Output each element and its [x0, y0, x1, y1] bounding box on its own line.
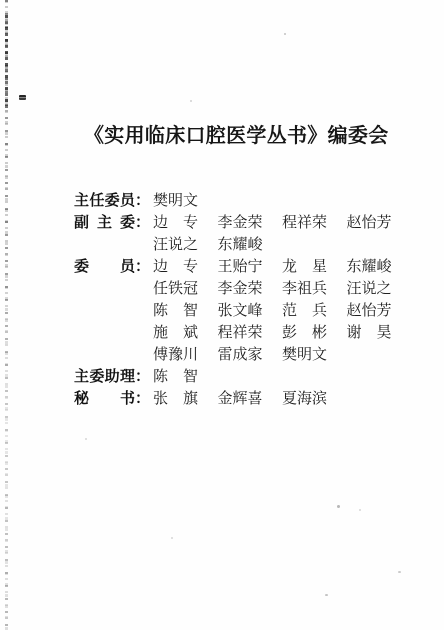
scan-speck	[85, 438, 87, 440]
member-name: 边专	[153, 211, 198, 232]
row-colon: ：	[135, 387, 153, 408]
committee-row: 主任委员：樊明文	[74, 188, 411, 210]
member-name: 傅豫川	[153, 343, 198, 364]
member-name: 陈智	[153, 299, 198, 320]
scan-speck	[337, 505, 340, 508]
row-colon: ：	[135, 255, 153, 276]
row-label: 主任委员：	[74, 189, 153, 210]
row-colon: ：	[135, 365, 153, 386]
member-name: 彭彬	[282, 321, 327, 342]
member-name: 任铁冠	[153, 277, 198, 298]
committee-row: 傅豫川雷成家樊明文	[74, 342, 411, 364]
member-name: 李金荣	[218, 211, 263, 232]
member-name: 施斌	[153, 321, 198, 342]
committee-row: 主委助理：陈智	[74, 364, 411, 386]
scan-speck	[398, 571, 401, 573]
member-name: 樊明文	[153, 189, 198, 210]
scan-speck	[325, 594, 328, 596]
member-name: 东耀峻	[218, 233, 263, 254]
row-label-text: 主委助理	[74, 365, 135, 386]
committee-row: 秘书：张旗金辉喜夏海滨	[74, 386, 411, 408]
member-name: 程祥荣	[282, 211, 327, 232]
scan-speck	[284, 33, 286, 35]
scan-edge-artifact-dark	[5, 15, 8, 110]
member-name: 张旗	[153, 387, 198, 408]
member-name: 谢昊	[347, 321, 392, 342]
member-name: 樊明文	[282, 343, 327, 364]
committee-row: 副主委：边专李金荣程祥荣赵怡芳	[74, 210, 411, 232]
row-label-text: 秘书	[74, 387, 135, 408]
member-name: 赵怡芳	[347, 299, 392, 320]
scan-speck	[171, 537, 173, 539]
member-name: 边专	[153, 255, 198, 276]
member-name: 王贻宁	[218, 255, 263, 276]
member-name: 汪说之	[347, 277, 392, 298]
member-name: 范兵	[282, 299, 327, 320]
member-name: 雷成家	[218, 343, 263, 364]
member-name: 李祖兵	[282, 277, 327, 298]
row-label: 主委助理：	[74, 365, 153, 386]
member-name: 陈智	[153, 365, 198, 386]
row-label: 委员：	[74, 255, 153, 276]
member-name: 程祥荣	[218, 321, 263, 342]
row-label: 副主委：	[74, 211, 153, 232]
row-label-text: 主任委员	[74, 189, 135, 210]
row-label: 秘书：	[74, 387, 153, 408]
member-name: 夏海滨	[282, 387, 327, 408]
member-name: 东耀峻	[347, 255, 392, 276]
committee-row: 任铁冠李金荣李祖兵汪说之	[74, 276, 411, 298]
member-name: 金辉喜	[218, 387, 263, 408]
row-label-text: 副主委	[74, 211, 135, 232]
committee-row: 委员：边专王贻宁龙星东耀峻	[74, 254, 411, 276]
committee-row: 陈智张文峰范兵赵怡芳	[74, 298, 411, 320]
member-name: 李金荣	[218, 277, 263, 298]
member-name: 赵怡芳	[347, 211, 392, 232]
row-colon: ：	[135, 211, 153, 232]
scan-speck	[359, 509, 361, 511]
member-name: 张文峰	[218, 299, 263, 320]
row-label-text: 委员	[74, 255, 135, 276]
committee-list: 主任委员：樊明文副主委：边专李金荣程祥荣赵怡芳汪说之东耀峻委员：边专王贻宁龙星东…	[74, 188, 411, 408]
scanned-book-page: 《实用临床口腔医学丛书》编委会 主任委员：樊明文副主委：边专李金荣程祥荣赵怡芳汪…	[0, 0, 444, 630]
member-name: 汪说之	[153, 233, 198, 254]
committee-row: 汪说之东耀峻	[74, 232, 411, 254]
row-colon: ：	[135, 189, 153, 210]
member-name: 龙星	[282, 255, 327, 276]
page-title: 《实用临床口腔医学丛书》编委会	[84, 123, 389, 148]
scan-ink-blot	[19, 95, 26, 100]
committee-row: 施斌程祥荣彭彬谢昊	[74, 320, 411, 342]
scan-speck	[190, 100, 192, 102]
